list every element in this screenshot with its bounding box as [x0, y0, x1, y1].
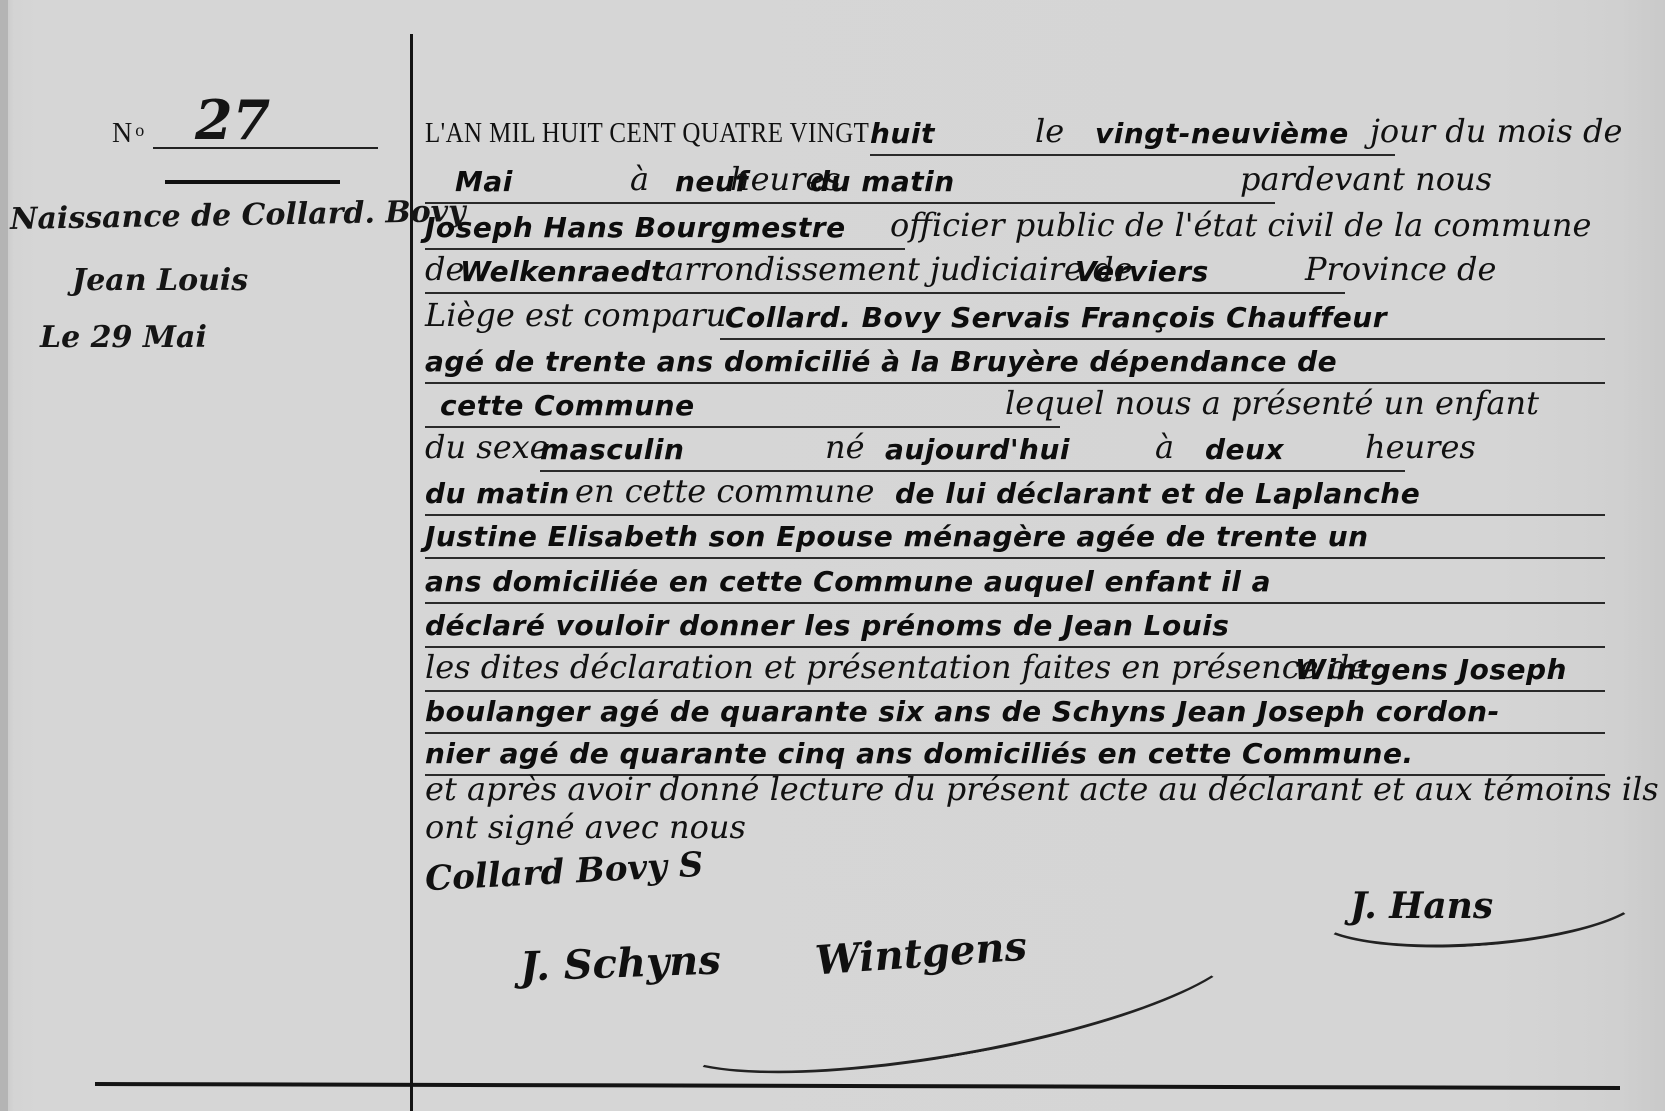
handwritten-entry: nier agé de quarante cinq ans domiciliés…	[425, 737, 1414, 770]
ruled-line	[425, 202, 1275, 204]
printed-text: arrondissement judiciaire de	[665, 250, 1133, 288]
signature-witness-schyns: J. Schyns	[519, 937, 721, 991]
record-line: ont signé avec nous	[425, 808, 1605, 852]
handwritten-entry: Mai	[455, 165, 513, 198]
printed-text: les dites déclaration et présentation fa…	[425, 648, 1368, 686]
record-number-rule	[153, 147, 378, 149]
margin-note-date: Le 29 Mai	[40, 320, 207, 355]
handwritten-entry: masculin	[540, 433, 684, 466]
record-line: les dites déclaration et présentation fa…	[425, 648, 1605, 692]
handwritten-entry: Justine Elisabeth son Epouse ménagère ag…	[425, 520, 1369, 553]
handwritten-entry: boulanger agé de quarante six ans de Sch…	[425, 695, 1500, 728]
record-line: deWelkenraedtarrondissement judiciaire d…	[425, 250, 1605, 294]
record-line: Maiàneufheuresdu matinpardevant nous	[425, 160, 1605, 204]
record-number-double-rule	[165, 180, 340, 184]
printed-text: de	[425, 250, 464, 288]
record-number-value: 27	[195, 88, 270, 152]
record-line: Joseph Hans Bourgmestreofficier public d…	[425, 206, 1605, 250]
margin-note-title: Naissance de Collard. Bovy	[10, 194, 466, 237]
record-line: du sexemasculinnéaujourd'huiàdeuxheures	[425, 428, 1605, 472]
record-line: boulanger agé de quarante six ans de Sch…	[425, 690, 1605, 734]
record-line: Justine Elisabeth son Epouse ménagère ag…	[425, 515, 1605, 559]
printed-text: du sexe	[425, 428, 549, 466]
signature-flourish-wintgens	[654, 880, 1253, 1106]
printed-text: officier public de l'état civil de la co…	[890, 206, 1591, 244]
handwritten-entry: Joseph Hans Bourgmestre	[425, 211, 846, 244]
printed-text: et après avoir donné lecture du présent …	[425, 770, 1659, 808]
printed-text: né	[825, 428, 865, 466]
record-line: agé de trente ans domicilié à la Bruyère…	[425, 340, 1605, 384]
signature-declarant: Collard Bovy S	[424, 845, 704, 900]
printed-text: le	[1035, 112, 1064, 150]
handwritten-entry: de lui déclarant et de Laplanche	[895, 477, 1420, 510]
ruled-line	[870, 154, 1395, 156]
signature-flourish-officer	[1307, 848, 1648, 957]
handwritten-entry: du matin	[810, 165, 955, 198]
handwritten-entry: huit	[870, 117, 935, 150]
printed-text: à	[630, 160, 649, 198]
handwritten-entry: Collard. Bovy Servais François Chauffeur	[725, 301, 1387, 334]
handwritten-entry: déclaré vouloir donner les prénoms de Je…	[425, 609, 1229, 642]
ruled-line	[425, 557, 1605, 559]
handwritten-entry: vingt-neuvième	[1095, 117, 1349, 150]
margin-note-name: Jean Louis	[72, 263, 248, 298]
printed-text: ont signé avec nous	[425, 808, 746, 846]
handwritten-entry: Welkenraedt	[460, 255, 665, 288]
handwritten-entry: agé de trente ans domicilié à la Bruyère…	[425, 345, 1337, 378]
handwritten-entry: cette Commune	[440, 389, 695, 422]
document-page: No 27 Naissance de Collard. Bovy Jean Lo…	[0, 0, 1665, 1111]
handwritten-entry: deux	[1205, 433, 1284, 466]
handwritten-entry: Wintgens Joseph	[1295, 653, 1567, 686]
handwritten-entry: Verviers	[1075, 255, 1209, 288]
record-line: du matinen cette communede lui déclarant…	[425, 472, 1605, 516]
printed-text: en cette commune	[575, 472, 874, 510]
record-line: cette Communelequel nous a présenté un e…	[425, 384, 1605, 428]
printed-text: Province de	[1305, 250, 1496, 288]
record-line: Liège est comparuCollard. Bovy Servais F…	[425, 296, 1605, 340]
record-line: ans domiciliée en cette Commune auquel e…	[425, 560, 1605, 604]
handwritten-entry: ans domiciliée en cette Commune auquel e…	[425, 565, 1271, 598]
printed-text: jour du mois de	[1370, 112, 1622, 150]
printed-text: lequel nous a présenté un enfant	[1005, 384, 1539, 422]
printed-text: à	[1155, 428, 1174, 466]
record-line: L'AN MIL HUIT CENT QUATRE VINGThuitlevin…	[425, 112, 1605, 156]
scan-edge-shadow	[0, 0, 8, 1111]
printed-text: heures	[1365, 428, 1476, 466]
printed-text: L'AN MIL HUIT CENT QUATRE VINGT	[425, 117, 869, 150]
record-line: déclaré vouloir donner les prénoms de Je…	[425, 604, 1605, 648]
bottom-rule	[95, 1082, 1620, 1090]
ruled-line	[425, 292, 1345, 294]
printed-text: Liège est comparu	[425, 296, 726, 334]
printed-text: pardevant nous	[1240, 160, 1492, 198]
handwritten-entry: aujourd'hui	[885, 433, 1070, 466]
record-number-label: No	[112, 118, 145, 150]
handwritten-entry: du matin	[425, 477, 570, 510]
